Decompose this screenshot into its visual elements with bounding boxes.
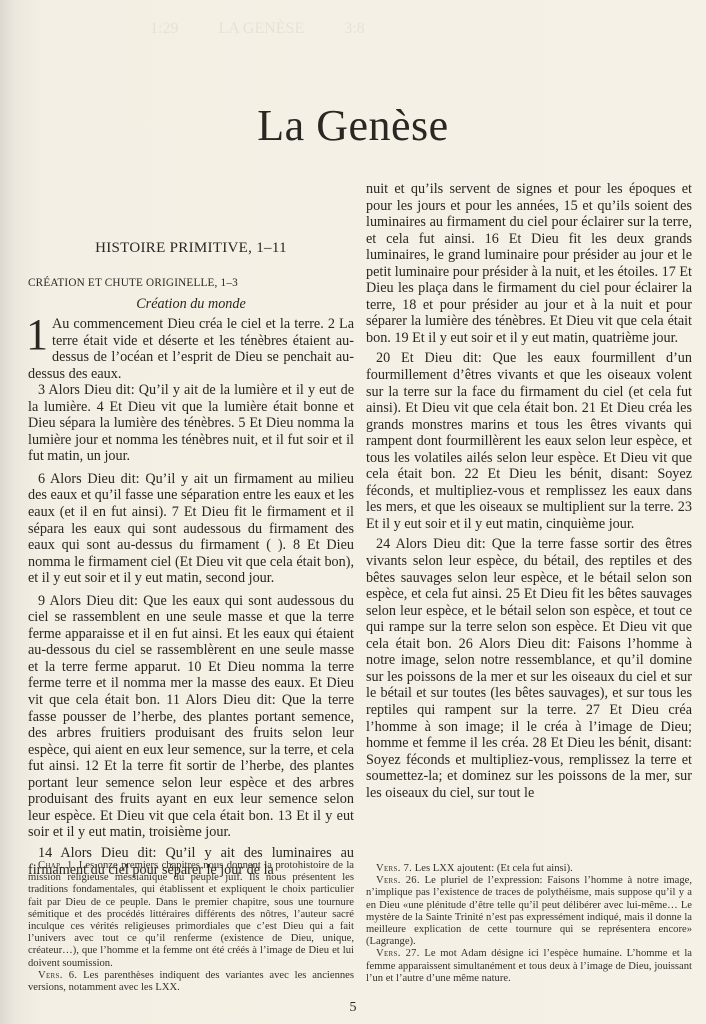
book-page: 1:29 LA GENÈSE 3:8 La Genèse HISTOIRE PR… [0,0,706,1024]
right-column-text: nuit et qu’ils servent de signes et pour… [366,181,692,801]
footnote: Chap. 1. Les onze premiers chapitres nou… [28,860,354,970]
paragraph-text: Au commencement Dieu créa le ciel et la … [28,316,354,382]
paragraph: 6 Alors Dieu dit: Qu’il y ait un firmame… [28,471,354,587]
footnote: Vers. 7. Les LXX ajoutent: (Et cela fut … [366,863,692,875]
paragraph: 24 Alors Dieu dit: Que la terre fasse so… [366,536,692,801]
section-heading: HISTOIRE PRIMITIVE, 1–11 [28,240,354,257]
footnote: Vers. 27. Le mot Adam désigne ici l’espè… [366,948,692,985]
footnote-label: Vers. 27. [376,948,420,959]
subsection-heading: CRÉATION ET CHUTE ORIGINELLE, 1–3 [28,277,354,289]
page-number: 5 [0,1000,706,1016]
footnote-text: Les parenthèses indiquent des variantes … [28,970,354,993]
pericope-title: Création du monde [28,296,354,313]
footnote-label: Vers. 7. [376,863,412,874]
paragraph: nuit et qu’ils servent de signes et pour… [366,181,692,346]
footnote: Vers. 26. Le pluriel de l’expression: Fa… [366,875,692,948]
left-column-text: 1 Au commencement Dieu créa le ciel et l… [28,316,354,878]
footnote-text: Les LXX ajoutent: (Et cela fut ainsi). [412,863,573,874]
footnote-text: Les onze premiers chapitres nous donnent… [28,860,354,969]
paragraph: 1 Au commencement Dieu créa le ciel et l… [28,316,354,382]
footnote-label: Vers. 6. [38,970,77,981]
page-title: La Genèse [0,100,706,151]
paragraph: 3 Alors Dieu dit: Qu’il y ait de la lumi… [28,382,354,465]
footnote-label: Vers. 26. [376,875,420,886]
footnotes-right: Vers. 7. Les LXX ajoutent: (Et cela fut … [366,863,692,985]
bleed-through-running-head: 1:29 LA GENÈSE 3:8 [150,18,365,40]
paragraph: 9 Alors Dieu dit: Que les eaux qui sont … [28,593,354,841]
footnote-label: Chap. 1. [38,860,76,871]
footnotes-left: Chap. 1. Les onze premiers chapitres nou… [28,860,354,994]
paragraph: 20 Et Dieu dit: Que les eaux fourmillent… [366,350,692,532]
chapter-number-dropcap: 1 [26,318,48,352]
footnote: Vers. 6. Les parenthèses indiquent des v… [28,970,354,994]
